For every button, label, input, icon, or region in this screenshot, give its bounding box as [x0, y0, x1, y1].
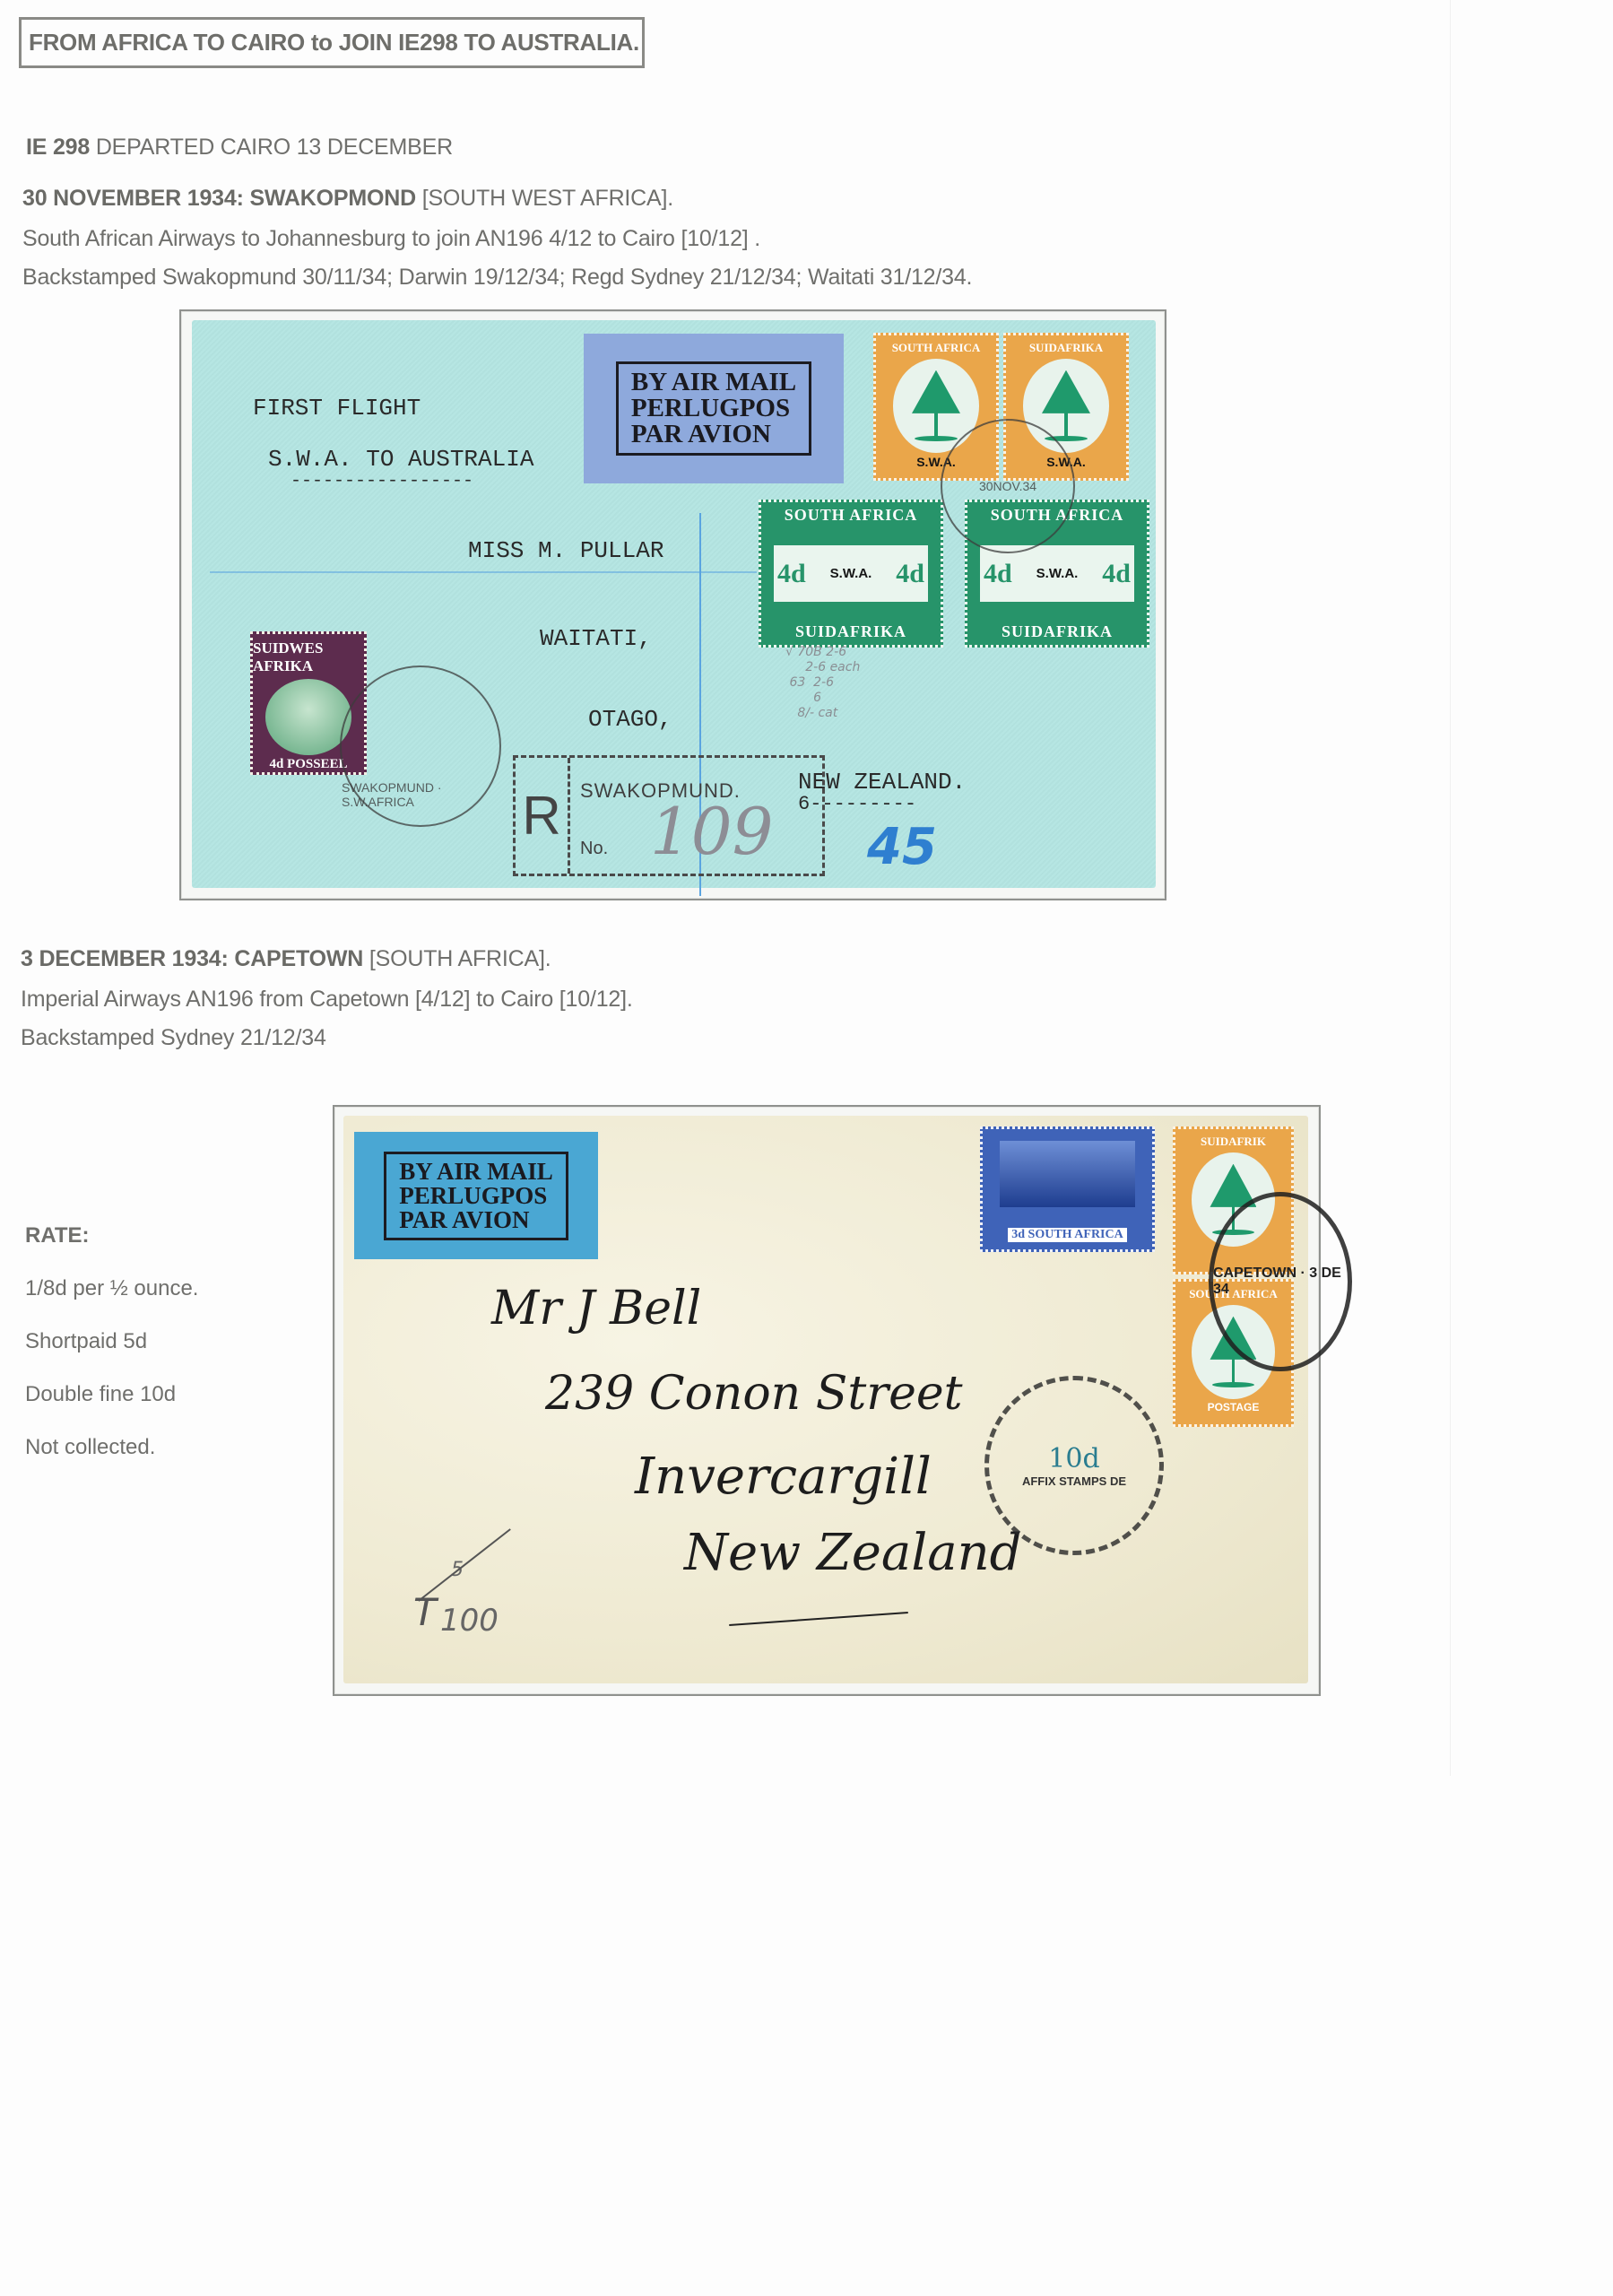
- cover1-route: South African Airways to Johannesburg to…: [22, 226, 760, 252]
- airmail-line-1: BY AIR MAIL: [631, 370, 796, 396]
- biplane-icon: 4d S.W.A. 4d: [774, 545, 928, 602]
- swakopmund-postmark-left: SWAKOPMUND · S.W.AFRICA: [340, 665, 501, 827]
- departure-text: DEPARTED CAIRO 13 DECEMBER: [90, 135, 453, 160]
- cover1-backstamps: Backstamped Swakopmund 30/11/34; Darwin …: [22, 265, 972, 291]
- stamp-header: SUIDWES AFRIKA: [253, 639, 364, 675]
- stamp-label: 3d SOUTH AFRICA: [1008, 1228, 1126, 1242]
- stamp-footer-text: POSSEEL: [287, 757, 348, 771]
- stamp-header: SOUTH AFRICA: [892, 341, 981, 355]
- rate-line-3: Double fine 10d: [25, 1382, 176, 1407]
- airmail-line-2: PERLUGPOS: [399, 1184, 553, 1208]
- rate-line-1: 1/8d per ½ ounce.: [25, 1276, 198, 1301]
- airmail-label: BY AIR MAIL PERLUGPOS PAR AVION: [354, 1132, 598, 1259]
- airmail-line-2: PERLUGPOS: [631, 396, 796, 422]
- cover1-heading: 30 NOVEMBER 1934: SWAKOPMOND [SOUTH WEST…: [22, 186, 673, 212]
- typed-first-flight: FIRST FLIGHT: [253, 395, 421, 422]
- airmail-line-1: BY AIR MAIL: [399, 1160, 553, 1184]
- tax-stroke: [418, 1528, 511, 1602]
- stamp-footer: POSTAGE: [1208, 1401, 1260, 1413]
- typed-rule: -----------------: [291, 471, 473, 491]
- address-line-3: OTAGO,: [588, 706, 672, 733]
- capetown-postmark: CAPETOWN · 3 DE 34: [1209, 1192, 1352, 1371]
- postage-due-postmark: 10d AFFIX STAMPS DE: [984, 1376, 1164, 1555]
- address-underline: [729, 1612, 908, 1626]
- stamp-value: 4d: [896, 559, 924, 589]
- cover1-mount: FIRST FLIGHT S.W.A. TO AUSTRALIA -------…: [179, 309, 1166, 900]
- airmail-line-3: PAR AVION: [631, 422, 796, 448]
- biplane-icon: 4d S.W.A. 4d: [980, 545, 1134, 602]
- stamp-value: 4d: [984, 559, 1012, 589]
- rate-line-4: Not collected.: [25, 1435, 155, 1460]
- typed-route: S.W.A. TO AUSTRALIA: [268, 446, 533, 473]
- registration-no-label: No.: [580, 839, 608, 859]
- cover1-envelope: FIRST FLIGHT S.W.A. TO AUSTRALIA -------…: [192, 320, 1156, 888]
- stamp-footer: 4d POSSEEL: [269, 757, 347, 772]
- due-amount: 10d: [1048, 1443, 1099, 1474]
- rate-heading: RATE:: [25, 1223, 90, 1248]
- handwritten-address-line-1: Mr J Bell: [491, 1282, 701, 1335]
- stamp-green-airpost-1: SOUTH AFRICA 4d S.W.A. 4d SUIDAFRIKA: [759, 500, 943, 648]
- flight-number: IE 298: [26, 135, 90, 160]
- stamp-blue-3d: 3d SOUTH AFRICA: [980, 1126, 1155, 1252]
- pencil-notes: √ 70B 2-6 2-6 each 63 2-6 6 8/- cat: [785, 645, 860, 721]
- due-text: AFFIX STAMPS DE: [1022, 1474, 1126, 1488]
- address-line-1: MISS M. PULLAR: [468, 537, 663, 564]
- stamp-value: 4d: [1102, 559, 1131, 589]
- stamp-value: 3d: [1011, 1228, 1025, 1241]
- cover1-region: [SOUTH WEST AFRICA].: [416, 186, 673, 211]
- stamp-header: SUIDAFRIK: [1201, 1135, 1266, 1149]
- cover2-date-place: 3 DECEMBER 1934: CAPETOWN: [21, 946, 363, 971]
- stamp-bottom-text: SUIDAFRIKA: [795, 622, 906, 641]
- rate-line-2: Shortpaid 5d: [25, 1329, 147, 1354]
- registration-letter: R: [516, 758, 570, 874]
- stamp-header: SUIDAFRIKA: [1029, 341, 1103, 355]
- blue-crayon-mark: 45: [867, 818, 937, 876]
- departure-note: IE 298 DEPARTED CAIRO 13 DECEMBER: [26, 135, 453, 161]
- cover2-route: Imperial Airways AN196 from Capetown [4/…: [21, 987, 633, 1013]
- airmail-line-3: PAR AVION: [399, 1208, 553, 1232]
- stamp-overprint: S.W.A.: [1036, 566, 1079, 581]
- airmail-label-text: BY AIR MAIL PERLUGPOS PAR AVION: [616, 361, 811, 456]
- scan-edge-line: [1450, 0, 1451, 1776]
- stamp-value: 4d: [269, 757, 283, 771]
- page-title: FROM AFRICA TO CAIRO to JOIN IE298 TO AU…: [19, 17, 645, 68]
- cover2-envelope: BY AIR MAIL PERLUGPOS PAR AVION 3d SOUTH…: [343, 1116, 1308, 1683]
- airmail-label-text: BY AIR MAIL PERLUGPOS PAR AVION: [384, 1152, 568, 1240]
- cover2-backstamps: Backstamped Sydney 21/12/34: [21, 1025, 326, 1051]
- landscape-icon: [1000, 1141, 1135, 1207]
- registration-number: 109: [650, 794, 773, 869]
- cover2-heading: 3 DECEMBER 1934: CAPETOWN [SOUTH AFRICA]…: [21, 946, 551, 972]
- stamp-top-text: SOUTH AFRICA: [785, 506, 918, 525]
- handwritten-address-line-3: Invercargill: [635, 1448, 932, 1506]
- address-line-2: WAITATI,: [540, 625, 652, 652]
- stamp-label-text: SOUTH AFRICA: [1028, 1228, 1123, 1241]
- stamp-overprint: S.W.A.: [830, 566, 872, 581]
- landscape-icon: [265, 679, 352, 755]
- cover1-date-place: 30 NOVEMBER 1934: SWAKOPMOND: [22, 186, 416, 211]
- stamp-bottom-text: SUIDAFRIKA: [1002, 622, 1113, 641]
- registration-label: R SWAKOPMUND. No. 109: [513, 755, 825, 876]
- swakopmund-postmark-top: 30NOV.34: [941, 419, 1075, 553]
- cover2-region: [SOUTH AFRICA].: [363, 946, 551, 971]
- tax-mark-100: 100: [440, 1613, 499, 1629]
- handwritten-address-line-4: New Zealand: [684, 1524, 1022, 1582]
- tax-mark-t: T: [413, 1605, 437, 1620]
- stamp-value: 4d: [777, 559, 806, 589]
- registration-crossline-horizontal: [210, 571, 757, 573]
- airmail-label: BY AIR MAIL PERLUGPOS PAR AVION: [584, 334, 844, 483]
- cover2-mount: BY AIR MAIL PERLUGPOS PAR AVION 3d SOUTH…: [333, 1105, 1321, 1696]
- handwritten-address-line-2: 239 Conon Street: [545, 1367, 963, 1421]
